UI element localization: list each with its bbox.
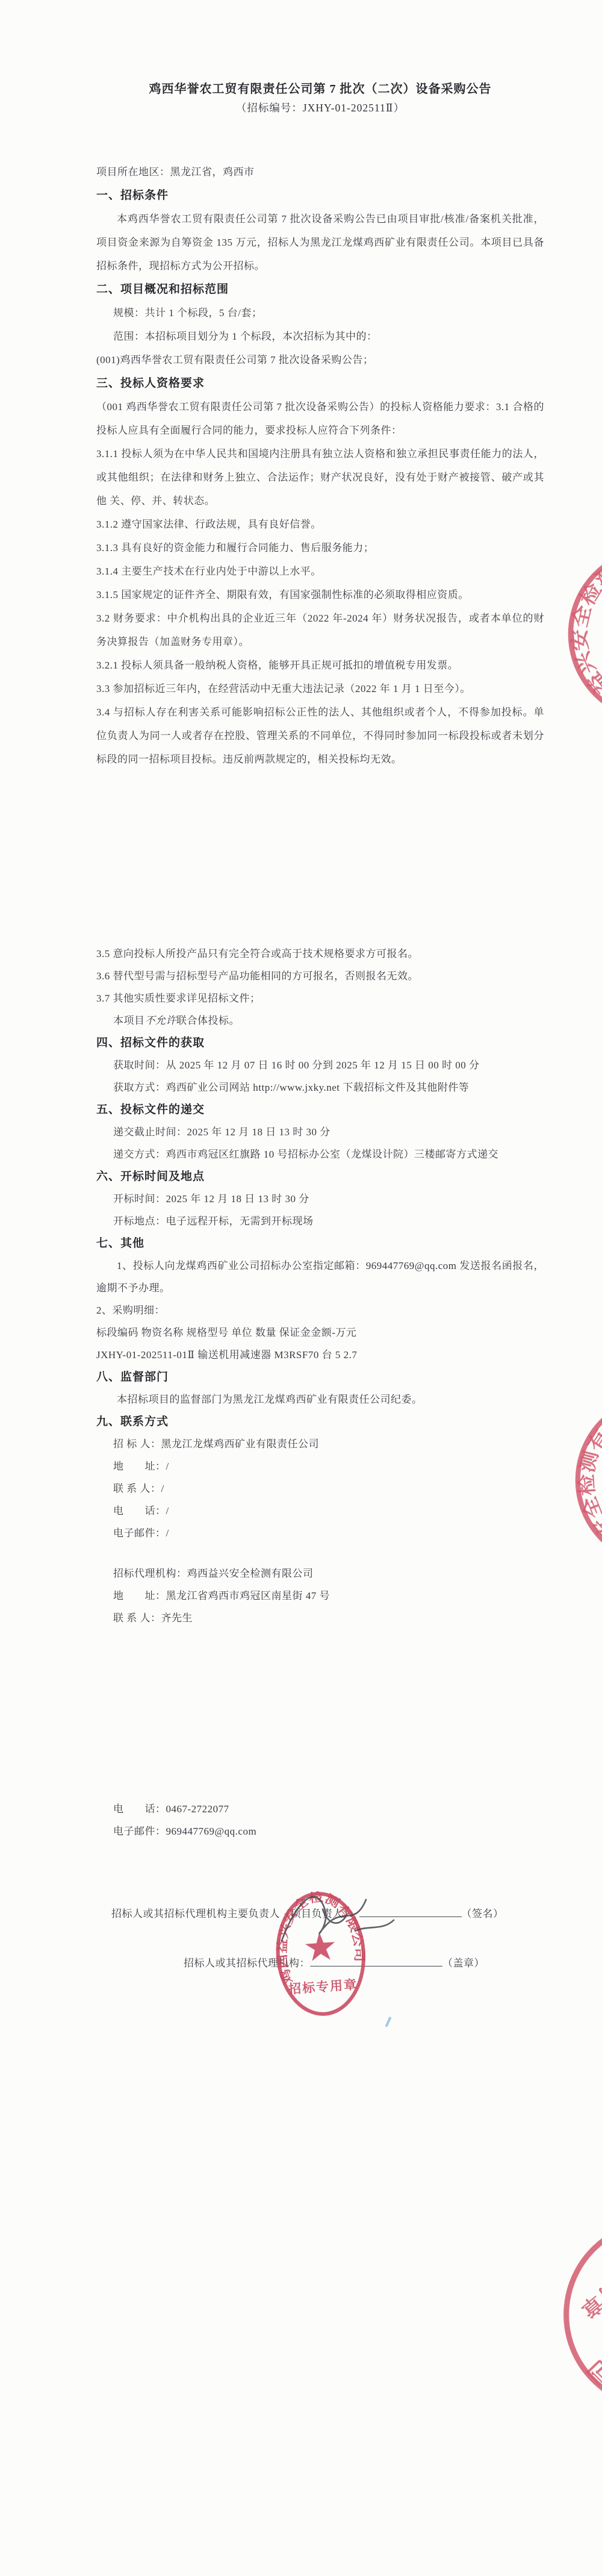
section-1-heading: 一、招标条件: [96, 184, 544, 207]
spacer: [96, 771, 544, 943]
rule-3-6: 3.6 替代型号需与招标型号产品功能相同的方可报名，否则报名无效。: [96, 965, 544, 987]
no-consortium-line: 本项目不允许联合体投标。: [96, 1009, 544, 1032]
bidder-line: 招 标 人：黑龙江龙煤鸡西矿业有限责任公司: [96, 1433, 544, 1455]
project-location: 项目所在地区：黑龙江省，鸡西市: [96, 160, 544, 184]
bidder-phone-line: 电 话：/: [96, 1500, 544, 1522]
stamp-blank: [310, 1957, 442, 1966]
rule-3-4: 3.4 与招标人存在利害关系可能影响招标公正性的法人、其他组织或者个人，不得参加…: [96, 700, 544, 771]
signature-blank: [359, 1908, 462, 1917]
submission-deadline: 递交截止时间：2025 年 12 月 18 日 13 时 30 分: [96, 1121, 544, 1143]
scanned-bid-announcement-page: 鸡西华誉农工贸有限责任公司第 7 批次（二次）设备采购公告 （招标编号：JXHY…: [0, 0, 602, 2576]
rule-3-2-1: 3.2.1 投标人须具备一般纳税人资格，能够开具正规可抵扣的增值税专用发票。: [96, 653, 544, 677]
supervision-dept-line: 本招标项目的监督部门为黑龙江龙煤鸡西矿业有限责任公司纪委。: [96, 1388, 544, 1411]
bidder-contact-line: 联 系 人：/: [96, 1477, 544, 1500]
agency-address-line: 地 址：黑龙江省鸡西市鸡冠区南星街 47 号: [96, 1585, 544, 1607]
spacer: [96, 1544, 544, 1562]
rule-3-1-1: 3.1.1 投标人须为在中华人民共和国境内注册具有独立法人资格和独立承担民事责任…: [96, 442, 544, 513]
obtain-method: 获取方式：鸡西矿业公司网站 http://www.jxky.net 下载招标文件…: [96, 1076, 544, 1099]
agency-contact-line: 联 系 人：齐先生: [96, 1607, 544, 1629]
spacer: [96, 118, 544, 160]
signature-line-agency: 招标人或其招标代理机构：（盖章）: [96, 1952, 544, 1974]
edge-seal-stamp-bottom: 鸡西益兴安全检测有限公司 招标专用章: [502, 2157, 602, 2469]
svg-text:鸡西益兴安全检测有限公司: 鸡西益兴安全检测有限公司: [557, 2219, 602, 2448]
opening-time: 开标时间：2025 年 12 月 18 日 13 时 30 分: [96, 1188, 544, 1210]
agency-phone-line: 电 话：0467-2722077: [96, 1798, 544, 1820]
seal-center-text: 招标专用章: [574, 2230, 602, 2324]
section-5-heading: 五、投标文件的递交: [96, 1099, 544, 1121]
bid-number: （招标编号：JXHY-01-202511Ⅱ）: [96, 98, 544, 118]
section-8-heading: 八、监督部门: [96, 1366, 544, 1388]
rule-3-1-4: 3.1.4 主要生产技术在行业内处于中游以上水平。: [96, 560, 544, 583]
section-2-heading: 二、项目概况和招标范围: [96, 278, 544, 301]
no-consortium-emphasis: 不允许: [145, 1015, 177, 1026]
opening-place: 开标地点：电子远程开标，无需到开标现场: [96, 1210, 544, 1232]
rule-3-1-3: 3.1.3 具有良好的资金能力和履行合同能力、售后服务能力；: [96, 536, 544, 560]
agency-email-line: 电子邮件：969447769@qq.com: [96, 1820, 544, 1842]
procurement-table-header: 标段编码 物资名称 规格型号 单位 数量 保证金金额-万元: [96, 1321, 544, 1344]
section-9-heading: 九、联系方式: [96, 1411, 544, 1433]
rule-3-5: 3.5 意向投标人所投产品只有完全符合或高于技术规格要求方可报名。: [96, 943, 544, 965]
spacer: [96, 1925, 544, 1952]
project-scope: 范围：本招标项目划分为 1 个标段，本次招标为其中的：: [96, 325, 544, 348]
procurement-table-row: JXHY-01-202511-01Ⅱ 输送机用减速器 M3RSF70 台 5 2…: [96, 1344, 544, 1366]
registration-email-note: 1、投标人向龙煤鸡西矿业公司招标办公室指定邮箱：969447769@qq.com…: [96, 1255, 544, 1299]
bidder-address-line: 地 址：/: [96, 1455, 544, 1477]
rule-3-7: 3.7 其他实质性要求详见招标文件；: [96, 987, 544, 1009]
rule-3-2: 3.2 财务要求：中介机构出具的企业近三年（2022 年-2024 年）财务状况…: [96, 607, 544, 653]
section-1-paragraph: 本鸡西华誉农工贸有限责任公司第 7 批次设备采购公告已由项目审批/核准/备案机关…: [96, 207, 544, 278]
rule-3-1-2: 3.1.2 遵守国家法律、行政法规，具有良好信誉。: [96, 513, 544, 536]
submission-method: 递交方式：鸡西市鸡冠区红旗路 10 号招标办公室（龙煤设计院）三楼邮寄方式递交: [96, 1143, 544, 1165]
section-3-heading: 三、投标人资格要求: [96, 372, 544, 395]
blue-ink-mark: [385, 2016, 391, 2027]
project-scale: 规模：共计 1 个标段，5 台/套；: [96, 301, 544, 325]
rule-3-1-5: 3.1.5 国家规定的证件齐全、期限有效，有国家强制性标准的必须取得相应资质。: [96, 583, 544, 607]
doc-title: 鸡西华誉农工贸有限责任公司第 7 批次（二次）设备采购公告: [96, 81, 544, 98]
lot-001-line: (001)鸡西华誉农工贸有限责任公司第 7 批次设备采购公告；: [96, 348, 544, 372]
section-4-heading: 四、招标文件的获取: [96, 1032, 544, 1054]
rule-3-3: 3.3 参加招标近三年内，在经营活动中无重大违法记录（2022 年 1 月 1 …: [96, 677, 544, 700]
bidder-email-line: 电子邮件：/: [96, 1522, 544, 1544]
procurement-detail-label: 2、采购明细：: [96, 1299, 544, 1321]
spacer: [96, 1629, 544, 1798]
section-6-heading: 六、开标时间及地点: [96, 1165, 544, 1188]
obtain-time: 获取时间：从 2025 年 12 月 07 日 16 时 00 分到 2025 …: [96, 1054, 544, 1076]
signature-line-principal: 招标人或其招标代理机构主要负责人（项目负责人）：（签名）: [96, 1903, 544, 1925]
qualification-intro: （001 鸡西华誉农工贸有限责任公司第 7 批次设备采购公告）的投标人资格能力要…: [96, 395, 544, 442]
spacer: [96, 1842, 544, 1903]
section-7-heading: 七、其他: [96, 1232, 544, 1255]
seal-ring-text: 鸡西益兴安全检测有限公司: [557, 2219, 602, 2448]
agency-line: 招标代理机构：鸡西益兴安全检测有限公司: [96, 1562, 544, 1585]
seal-center-text: 招标专用章: [288, 1977, 358, 1997]
